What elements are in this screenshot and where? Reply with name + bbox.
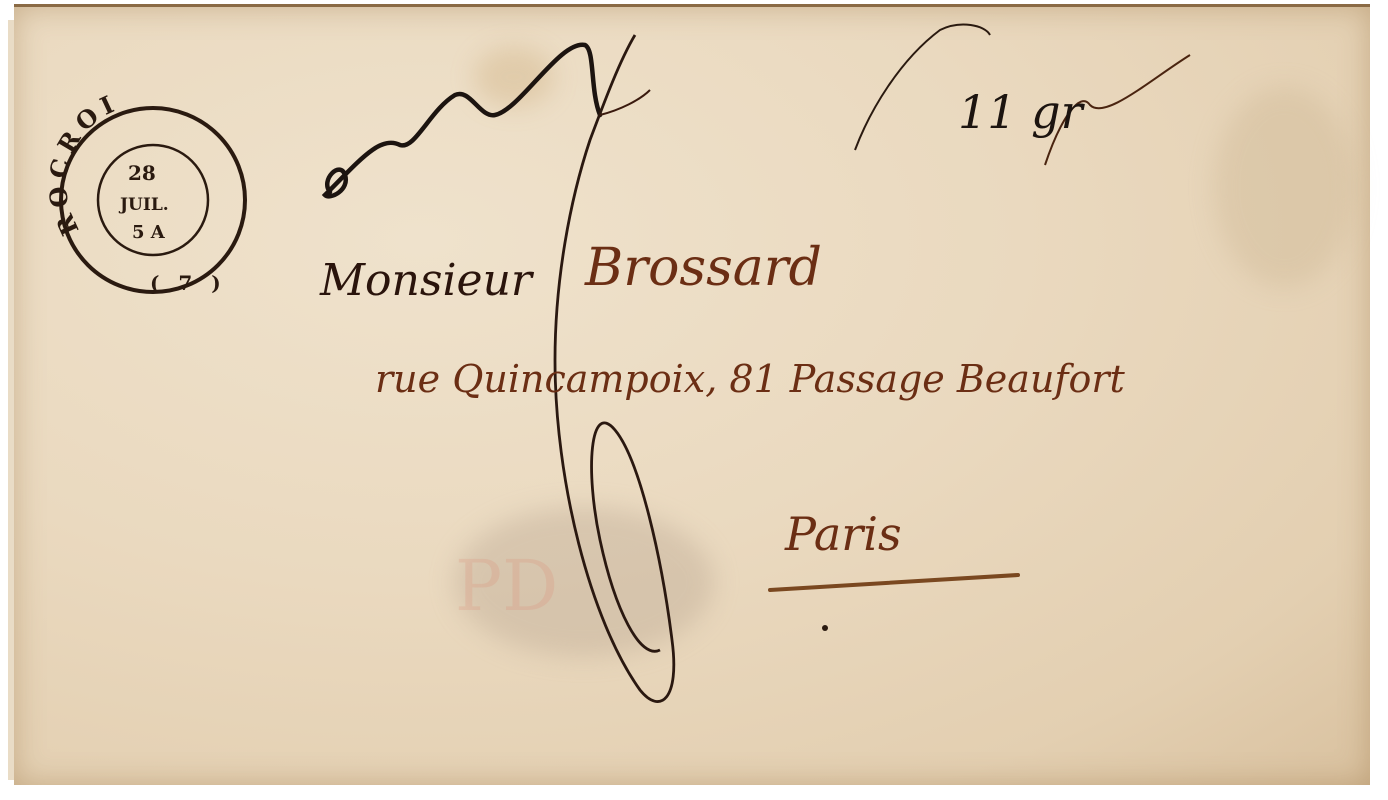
city-underline xyxy=(770,575,1018,590)
ink-layer: ROCROI 28 JUIL. 5 A ( 7 ) 11 gr Monsieur… xyxy=(0,0,1388,800)
postmark-year: 5 A xyxy=(132,222,166,243)
rocroi-postmark: ROCROI 28 JUIL. 5 A ( 7 ) xyxy=(43,87,245,295)
ink-dot xyxy=(822,625,828,631)
address-salutation: Monsieur xyxy=(319,255,535,306)
scrawl-mark xyxy=(325,45,600,197)
address-name: Brossard xyxy=(584,238,822,298)
postmark-day: 28 xyxy=(128,161,156,185)
postmark-month: JUIL. xyxy=(118,195,169,215)
postmark-department: ( 7 ) xyxy=(150,271,227,295)
address-street: rue Quincampoix, 81 Passage Beaufort xyxy=(375,357,1126,401)
address-city: Paris xyxy=(784,507,902,561)
faint-red-marking: PD xyxy=(455,545,558,627)
rate-marking: 11 gr xyxy=(958,85,1086,139)
